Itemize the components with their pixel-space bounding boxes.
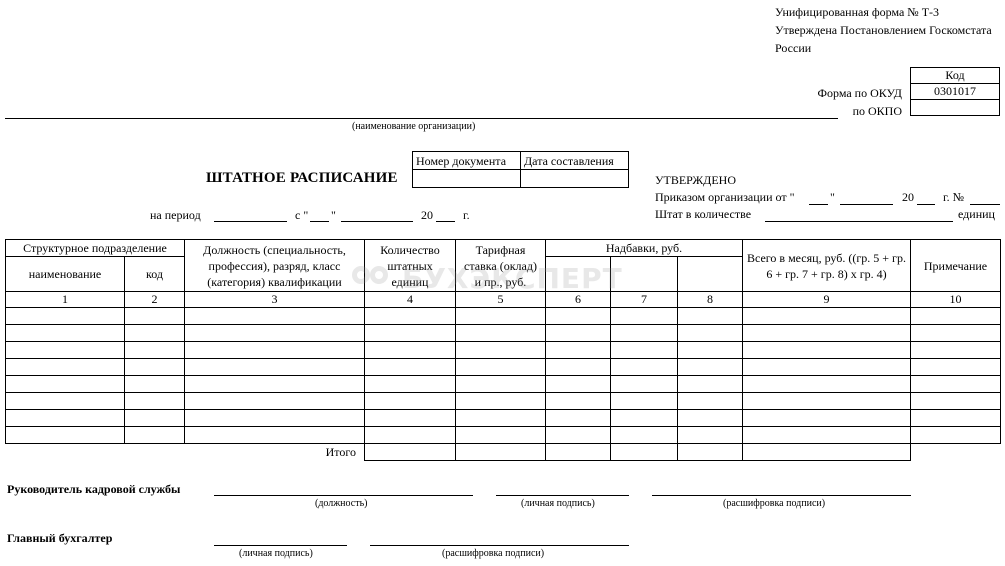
table-cell[interactable] (743, 427, 911, 444)
hr-head-signature-field[interactable] (496, 495, 629, 496)
column-number: 4 (365, 292, 456, 308)
okud-code-field[interactable]: 0301017 (911, 84, 1000, 100)
table-row (6, 359, 1001, 376)
approval-quote-close: " (830, 190, 835, 205)
table-cell[interactable] (911, 342, 1001, 359)
column-number: 2 (125, 292, 185, 308)
code-header: Код (911, 68, 1000, 84)
header-allowance-3 (678, 257, 743, 292)
table-cell[interactable] (546, 410, 611, 427)
table-row (6, 376, 1001, 393)
table-cell[interactable] (743, 376, 911, 393)
period-day-underline[interactable] (310, 221, 329, 222)
table-cell[interactable] (611, 376, 678, 393)
hr-head-position-caption: (должность) (315, 498, 368, 509)
table-cell[interactable] (185, 359, 365, 376)
form-approval-line: Утверждена Постановлением Госкомстата (775, 21, 992, 39)
staff-count-underline[interactable] (765, 221, 953, 222)
okpo-label: по ОКПО (853, 104, 902, 119)
hr-head-label: Руководитель кадровой службы (7, 482, 180, 497)
header-division-name: наименование (6, 257, 125, 292)
column-number: 8 (678, 292, 743, 308)
form-approval-line-2: России (775, 39, 992, 57)
table-cell[interactable] (678, 376, 743, 393)
period-label: на период (150, 208, 201, 223)
table-cell[interactable] (185, 393, 365, 410)
table-cell[interactable] (456, 427, 546, 444)
table-cell[interactable] (743, 342, 911, 359)
table-cell[interactable] (6, 410, 125, 427)
table-cell[interactable] (678, 308, 743, 325)
table-cell[interactable] (6, 325, 125, 342)
column-number: 7 (611, 292, 678, 308)
column-number: 9 (743, 292, 911, 308)
table-cell[interactable] (911, 359, 1001, 376)
period-year-prefix: 20 (421, 208, 433, 223)
document-number-field[interactable] (413, 170, 521, 188)
table-cell[interactable] (125, 393, 185, 410)
table-cell[interactable] (185, 410, 365, 427)
approval-year-underline[interactable] (917, 204, 935, 205)
chief-accountant-decoding-field[interactable] (370, 545, 629, 546)
table-row (6, 427, 1001, 444)
table-cell[interactable] (546, 376, 611, 393)
table-cell[interactable] (743, 308, 911, 325)
table-cell[interactable] (365, 393, 456, 410)
table-cell[interactable] (456, 359, 546, 376)
header-tariff: Тарифная ставка (оклад) и пр., руб. (456, 240, 546, 292)
header-allowance-2 (611, 257, 678, 292)
chief-accountant-label: Главный бухгалтер (7, 531, 112, 546)
header-note: Примечание (911, 240, 1001, 292)
chief-accountant-signature-field[interactable] (214, 545, 347, 546)
table-cell[interactable] (611, 342, 678, 359)
table-cell[interactable] (678, 359, 743, 376)
table-cell[interactable] (546, 325, 611, 342)
table-cell[interactable] (185, 308, 365, 325)
table-cell[interactable] (911, 393, 1001, 410)
table-cell[interactable] (611, 427, 678, 444)
table-cell[interactable] (743, 410, 911, 427)
document-number-header: Номер документа (413, 152, 521, 170)
table-cell[interactable] (911, 427, 1001, 444)
approval-number-label: г. № (943, 190, 964, 205)
table-cell[interactable] (125, 325, 185, 342)
period-from-label: с " (295, 208, 308, 223)
header-division: Структурное подразделение (6, 240, 185, 257)
staff-units-label: единиц (958, 207, 995, 222)
total-label: Итого (6, 444, 365, 461)
code-box: Код 0301017 (910, 67, 1000, 116)
approval-order-label: Приказом организации от " (655, 190, 795, 205)
column-number: 1 (6, 292, 125, 308)
table-cell[interactable] (743, 393, 911, 410)
document-date-field[interactable] (521, 170, 629, 188)
table-cell[interactable] (365, 359, 456, 376)
table-cell[interactable] (743, 325, 911, 342)
table-cell[interactable] (546, 427, 611, 444)
header-allowance-1 (546, 257, 611, 292)
table-cell[interactable] (678, 342, 743, 359)
total-cell[interactable] (365, 444, 456, 461)
table-cell[interactable] (611, 359, 678, 376)
column-number: 6 (546, 292, 611, 308)
total-cell[interactable] (456, 444, 546, 461)
table-cell[interactable] (456, 393, 546, 410)
period-year-suffix: г. (463, 208, 470, 223)
hr-head-decoding-field[interactable] (652, 495, 911, 496)
table-cell[interactable] (365, 325, 456, 342)
table-cell[interactable] (365, 342, 456, 359)
table-cell[interactable] (546, 342, 611, 359)
staff-count-label: Штат в количестве (655, 207, 751, 222)
approval-title: УТВЕРЖДЕНО (655, 173, 736, 188)
table-cell[interactable] (185, 325, 365, 342)
organization-name-underline (5, 118, 838, 119)
total-row: Итого (6, 444, 1001, 461)
table-cell[interactable] (6, 308, 125, 325)
table-cell[interactable] (546, 359, 611, 376)
table-cell[interactable] (678, 410, 743, 427)
total-cell[interactable] (743, 444, 911, 461)
total-cell[interactable] (611, 444, 678, 461)
table-cell[interactable] (456, 308, 546, 325)
table-cell[interactable] (125, 427, 185, 444)
table-row (6, 342, 1001, 359)
table-cell[interactable] (6, 359, 125, 376)
table-cell[interactable] (365, 427, 456, 444)
header-division-code: код (125, 257, 185, 292)
period-field-underline[interactable] (214, 221, 287, 222)
document-number-box: Номер документа Дата составления (412, 151, 629, 188)
form-number: Унифицированная форма № Т-3 (775, 3, 992, 21)
table-cell[interactable] (365, 376, 456, 393)
table-cell[interactable] (456, 325, 546, 342)
table-row (6, 308, 1001, 325)
header-staff-count: Количество штатных единиц (365, 240, 456, 292)
table-cell[interactable] (6, 376, 125, 393)
table-cell[interactable] (365, 308, 456, 325)
table-cell[interactable] (911, 325, 1001, 342)
table-cell[interactable] (911, 308, 1001, 325)
organization-name-caption: (наименование организации) (352, 121, 475, 132)
table-cell[interactable] (125, 359, 185, 376)
table-cell[interactable] (6, 342, 125, 359)
hr-head-decoding-caption: (расшифровка подписи) (723, 498, 825, 509)
table-cell[interactable] (185, 376, 365, 393)
table-cell[interactable] (546, 393, 611, 410)
table-cell[interactable] (365, 410, 456, 427)
table-cell[interactable] (611, 325, 678, 342)
table-cell[interactable] (125, 410, 185, 427)
hr-head-position-field[interactable] (214, 495, 473, 496)
document-title: ШТАТНОЕ РАСПИСАНИЕ (206, 170, 398, 187)
approval-year-prefix: 20 (902, 190, 914, 205)
hr-head-signature-caption: (личная подпись) (521, 498, 595, 509)
okud-label: Форма по ОКУД (818, 86, 902, 101)
table-cell[interactable] (678, 427, 743, 444)
column-number: 5 (456, 292, 546, 308)
form-header: Унифицированная форма № Т-3 Утверждена П… (775, 3, 992, 57)
period-quote-close: " (331, 208, 336, 223)
table-cell[interactable] (678, 325, 743, 342)
period-month-underline[interactable] (341, 221, 413, 222)
table-cell[interactable] (6, 427, 125, 444)
staffing-table: Структурное подразделение Должность (спе… (5, 239, 1001, 461)
table-cell[interactable] (125, 376, 185, 393)
total-cell[interactable] (546, 444, 611, 461)
table-cell[interactable] (678, 393, 743, 410)
table-cell[interactable] (185, 342, 365, 359)
header-allowances: Надбавки, руб. (546, 240, 743, 257)
period-year-underline[interactable] (436, 221, 455, 222)
column-number: 3 (185, 292, 365, 308)
table-cell[interactable] (125, 342, 185, 359)
total-empty-cell (911, 444, 1001, 461)
approval-month-underline[interactable] (840, 204, 893, 205)
table-cell[interactable] (456, 410, 546, 427)
table-cell[interactable] (185, 427, 365, 444)
approval-number-underline[interactable] (970, 204, 1000, 205)
table-cell[interactable] (456, 376, 546, 393)
approval-day-underline[interactable] (809, 204, 828, 205)
table-cell[interactable] (911, 376, 1001, 393)
table-row (6, 325, 1001, 342)
okpo-code-field[interactable] (911, 100, 1000, 116)
table-cell[interactable] (743, 359, 911, 376)
header-position: Должность (специальность, профессия), ра… (185, 240, 365, 292)
table-cell[interactable] (125, 308, 185, 325)
chief-accountant-decoding-caption: (расшифровка подписи) (442, 548, 544, 559)
document-date-header: Дата составления (521, 152, 629, 170)
table-row (6, 393, 1001, 410)
table-row (6, 410, 1001, 427)
table-cell[interactable] (611, 393, 678, 410)
table-cell[interactable] (911, 410, 1001, 427)
table-cell[interactable] (456, 342, 546, 359)
table-cell[interactable] (611, 410, 678, 427)
column-number: 10 (911, 292, 1001, 308)
table-cell[interactable] (546, 308, 611, 325)
header-total-month: Всего в месяц, руб. ((гр. 5 + гр. 6 + гр… (743, 240, 911, 292)
chief-accountant-signature-caption: (личная подпись) (239, 548, 313, 559)
organization-name-field[interactable] (5, 104, 838, 118)
total-cell[interactable] (678, 444, 743, 461)
table-cell[interactable] (611, 308, 678, 325)
column-number-row: 1 2 3 4 5 6 7 8 9 10 (6, 292, 1001, 308)
table-cell[interactable] (6, 393, 125, 410)
